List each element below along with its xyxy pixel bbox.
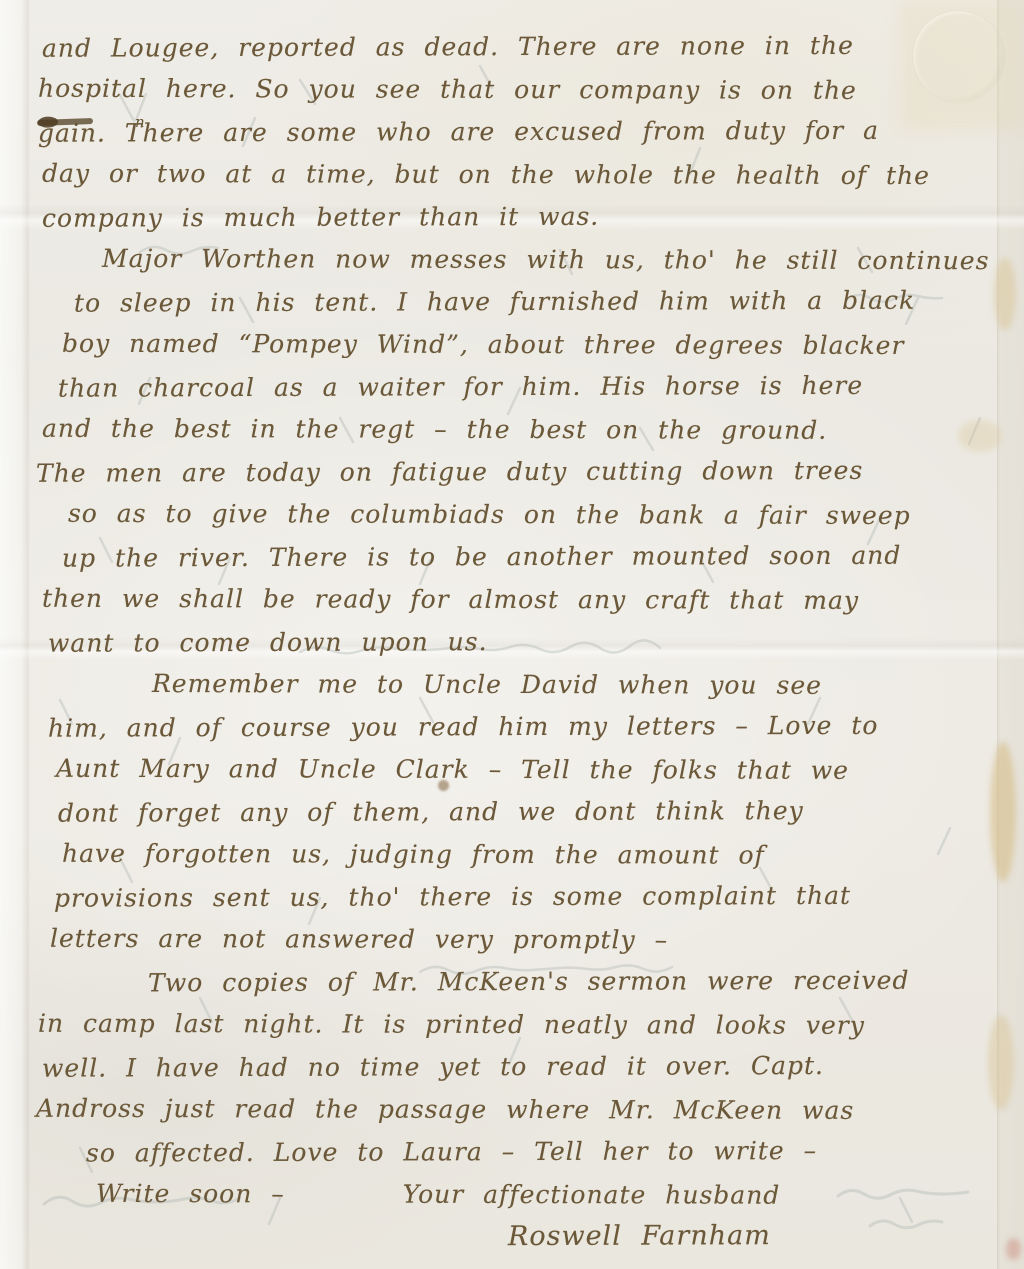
signature: Roswell Farnham bbox=[36, 1214, 1018, 1260]
letter-line: so affected. Love to Laura – Tell her to… bbox=[36, 1129, 1018, 1175]
letter-line: boy named “Pompey Wind”, about three deg… bbox=[36, 322, 1018, 367]
letter-line: than charcoal as a waiter for him. His h… bbox=[36, 364, 1018, 410]
letter-body: and Lougee, reported as dead. There are … bbox=[36, 26, 1018, 1259]
letter-line: to sleep in his tent. I have furnished h… bbox=[36, 279, 1018, 325]
letter-page: and Lougee, reported as dead. There are … bbox=[0, 0, 1024, 1269]
write-soon-text: Write soon – bbox=[96, 1178, 285, 1207]
letter-line: hospital here. So you see that our compa… bbox=[36, 67, 1018, 112]
letter-line: have forgotten us, judging from the amou… bbox=[36, 832, 1018, 877]
letter-line: so as to give the columbiads on the bank… bbox=[36, 492, 1018, 537]
letter-line: Two copies of Mr. McKeen's sermon were r… bbox=[36, 959, 1018, 1005]
letter-line: company is much better than it was. bbox=[36, 194, 1018, 240]
letter-line: up the river. There is to be another mou… bbox=[36, 534, 1018, 580]
letter-line: and the best in the regt – the best on t… bbox=[36, 407, 1018, 452]
letter-line: want to come down upon us. bbox=[36, 619, 1018, 665]
letter-line: letters are not answered very promptly – bbox=[36, 917, 1018, 962]
letter-line: him, and of course you read him my lette… bbox=[36, 704, 1018, 750]
letter-line: in camp last night. It is printed neatly… bbox=[36, 1002, 1018, 1047]
letter-line: and Lougee, reported as dead. There are … bbox=[36, 24, 1018, 70]
letter-line: dont forget any of them, and we dont thi… bbox=[36, 789, 1018, 835]
letter-line: then we shall be ready for almost any cr… bbox=[36, 577, 1018, 622]
letter-line: The men are today on fatigue duty cuttin… bbox=[36, 449, 1018, 495]
letter-line: Remember me to Uncle David when you see bbox=[36, 662, 1018, 707]
letter-line: Aunt Mary and Uncle Clark – Tell the fol… bbox=[36, 747, 1018, 792]
letter-line: well. I have had no time yet to read it … bbox=[36, 1044, 1018, 1090]
letter-line: gain. There are some who are excused fro… bbox=[36, 109, 1018, 155]
letter-closing-line: Write soon –Your affectionate husband bbox=[36, 1172, 1018, 1217]
letter-line: Andross just read the passage where Mr. … bbox=[36, 1087, 1018, 1132]
valediction-text: Your affectionate husband bbox=[403, 1179, 781, 1209]
letter-line: provisions sent us, tho' there is some c… bbox=[36, 874, 1018, 920]
letter-line: Major Worthen now messes with us, tho' h… bbox=[36, 237, 1018, 282]
inserted-letter: n bbox=[135, 113, 145, 131]
letter-line: day or two at a time, but on the whole t… bbox=[36, 152, 1018, 197]
